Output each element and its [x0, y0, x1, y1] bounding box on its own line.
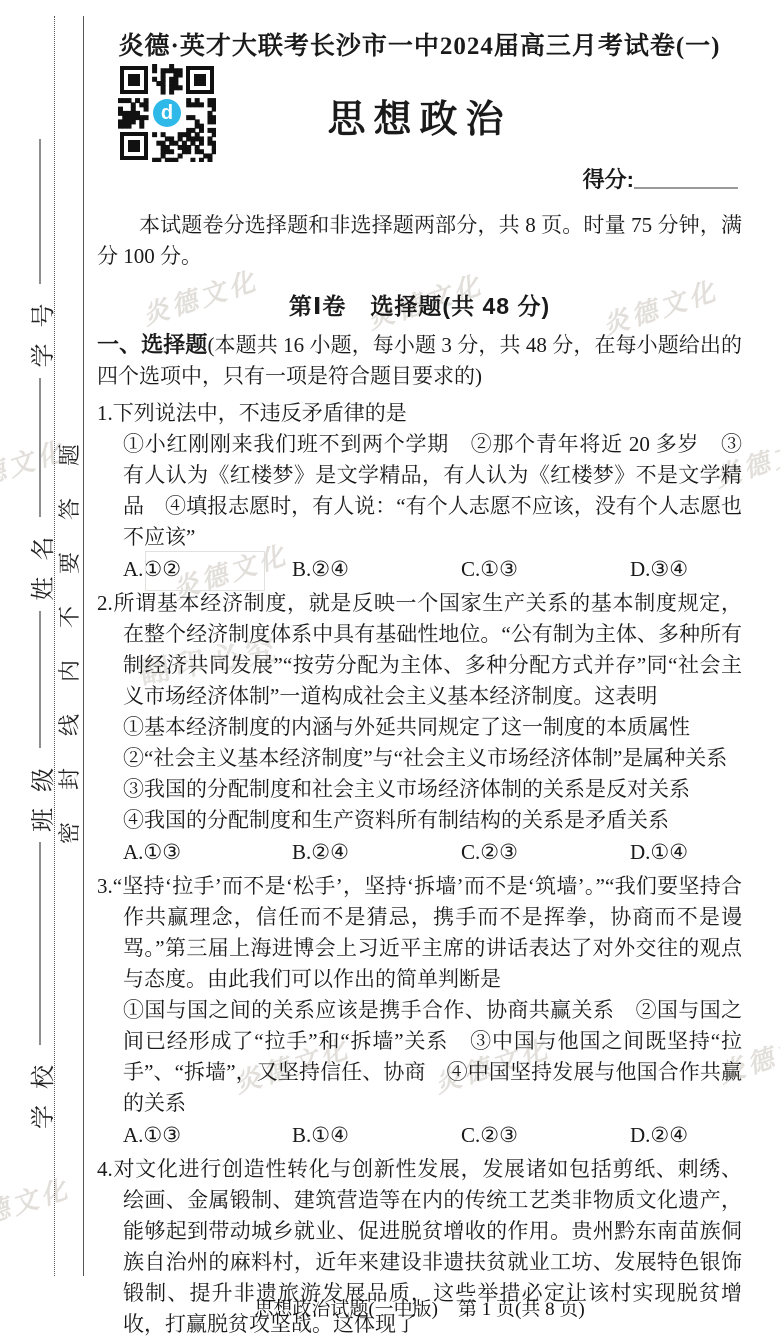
- question-1-choices: ①小红刚刚来我们班不到两个学期 ②那个青年将近 20 多岁 ③有人认为《红楼梦》…: [97, 429, 742, 553]
- question-1-stem-text: 下列说法中，不违反矛盾律的是: [113, 401, 407, 425]
- question-4-number: 4.: [97, 1157, 113, 1181]
- option-label: C.: [461, 557, 480, 581]
- option-3d: D.②④: [630, 1119, 688, 1152]
- question-2-number: 2.: [97, 591, 113, 615]
- option-2b: B.②④: [292, 836, 461, 869]
- question-3: 3.“坚持‘拉手’而不是‘松手’，坚持‘拆墙’而不是‘筑墙’。”“我们要坚持合作…: [97, 871, 742, 1152]
- field-blank-name: [39, 378, 41, 517]
- seal-text: 密封线内不要答题: [53, 403, 83, 853]
- option-value: ①④: [650, 840, 688, 864]
- question-2-item-3: ③我国的分配制度和社会主义市场经济体制的关系是反对关系: [97, 774, 742, 805]
- score-blank: [634, 169, 738, 189]
- question-3-choices: ①国与国之间的关系应该是携手合作、协商共赢关系 ②国与国之间已经形成了“拉手”和…: [97, 995, 742, 1119]
- seal-solid-line: [83, 16, 84, 1276]
- option-2c: C.②③: [461, 836, 630, 869]
- option-label: B.: [292, 1123, 311, 1147]
- watermark: 炎德文化: [0, 1168, 75, 1240]
- option-label: C.: [461, 840, 480, 864]
- option-value: ①④: [311, 1123, 349, 1147]
- score-label: 得分:: [583, 167, 634, 192]
- question-2-stem-text: 所谓基本经济制度，就是反映一个国家生产关系的基本制度规定，在整个经济制度体系中具…: [113, 591, 742, 708]
- question-1-number: 1.: [97, 401, 113, 425]
- option-label: C.: [461, 1123, 480, 1147]
- question-3-number: 3.: [97, 874, 113, 898]
- question-2-stem: 2.所谓基本经济制度，就是反映一个国家生产关系的基本制度规定，在整个经济制度体系…: [97, 588, 742, 712]
- option-1c: C.①③: [461, 553, 630, 586]
- option-value: ①③: [480, 557, 518, 581]
- option-value: ③④: [650, 557, 688, 581]
- qr-logo-letter: d: [153, 99, 181, 127]
- section-instruction: 一、选择题(本题共 16 小题，每小题 3 分，共 48 分，在每小题给出的四个…: [97, 329, 742, 392]
- field-label-school: 学校: [23, 1049, 58, 1135]
- question-2-item-1: ①基本经济制度的内涵与外延共同规定了这一制度的本质属性: [97, 712, 742, 743]
- question-1: 1.下列说法中，不违反矛盾律的是 ①小红刚刚来我们班不到两个学期 ②那个青年将近…: [97, 398, 742, 586]
- student-info-fields: 学校 班级 姓名 学号: [23, 135, 57, 1135]
- option-2a: A.①③: [123, 836, 292, 869]
- option-label: D.: [630, 557, 650, 581]
- question-2-options: A.①③ B.②④ C.②③ D.①④: [97, 836, 742, 869]
- option-value: ②③: [480, 1123, 518, 1147]
- field-blank-school: [39, 842, 41, 1045]
- option-1d: D.③④: [630, 553, 688, 586]
- option-value: ②③: [480, 840, 518, 864]
- option-value: ①③: [143, 1123, 181, 1147]
- option-value: ①③: [143, 840, 181, 864]
- option-2d: D.①④: [630, 836, 688, 869]
- option-value: ①②: [143, 557, 181, 581]
- question-2-item-4: ④我国的分配制度和生产资料所有制结构的关系是矛盾关系: [97, 805, 742, 836]
- question-3-stem: 3.“坚持‘拉手’而不是‘松手’，坚持‘拆墙’而不是‘筑墙’。”“我们要坚持合作…: [97, 871, 742, 995]
- footer-page-info: 第 1 页(共 8 页): [458, 1299, 585, 1320]
- field-label-studentid: 学号: [23, 288, 58, 374]
- option-3a: A.①③: [123, 1119, 292, 1152]
- field-blank-class: [39, 611, 41, 748]
- option-label: A.: [123, 840, 143, 864]
- option-value: ②④: [311, 557, 349, 581]
- option-1a: A.①②: [123, 553, 292, 586]
- instruction-head: 一、选择题: [97, 332, 207, 357]
- footer-doc-name: 思想政治试题(一中版): [254, 1299, 438, 1320]
- field-blank-studentid: [39, 139, 41, 284]
- question-2-item-2: ②“社会主义基本经济制度”与“社会主义市场经济体制”是属种关系: [97, 743, 742, 774]
- option-label: A.: [123, 557, 143, 581]
- question-3-stem-text: “坚持‘拉手’而不是‘松手’，坚持‘拆墙’而不是‘筑墙’。”“我们要坚持合作共赢…: [113, 874, 742, 991]
- option-value: ②④: [650, 1123, 688, 1147]
- option-label: B.: [292, 557, 311, 581]
- section-title: 第Ⅰ卷 选择题(共 48 分): [97, 288, 742, 321]
- option-value: ②④: [311, 840, 349, 864]
- option-label: A.: [123, 1123, 143, 1147]
- question-3-options: A.①③ B.①④ C.②③ D.②④: [97, 1119, 742, 1152]
- question-2: 2.所谓基本经济制度，就是反映一个国家生产关系的基本制度规定，在整个经济制度体系…: [97, 588, 742, 869]
- question-1-stem: 1.下列说法中，不违反矛盾律的是: [97, 398, 742, 429]
- option-3b: B.①④: [292, 1119, 461, 1152]
- main-content: 炎德·英才大联考长沙市一中2024届高三月考试卷(一) 思想政治 得分: 本试题…: [97, 0, 742, 1342]
- field-label-class: 班级: [23, 752, 58, 838]
- field-label-name: 姓名: [23, 521, 58, 607]
- score-field: 得分:: [97, 163, 738, 194]
- option-label: D.: [630, 840, 650, 864]
- page-footer: 思想政治试题(一中版)第 1 页(共 8 页): [97, 1294, 742, 1321]
- exam-intro: 本试题卷分选择题和非选择题两部分，共 8 页。时量 75 分钟，满分 100 分…: [97, 210, 742, 272]
- exam-page: 炎德文化 炎德文化 炎德文化 炎德文化 炎德文化 炎德文化 翻印必究 炎德文化 …: [0, 0, 780, 1344]
- option-label: D.: [630, 1123, 650, 1147]
- qr-center-logo: d: [150, 96, 184, 130]
- qr-code: d: [118, 64, 216, 162]
- exam-title: 炎德·英才大联考长沙市一中2024届高三月考试卷(一): [97, 26, 742, 62]
- option-3c: C.②③: [461, 1119, 630, 1152]
- option-label: B.: [292, 840, 311, 864]
- question-1-options: A.①② B.②④ C.①③ D.③④: [97, 553, 742, 586]
- option-1b: B.②④: [292, 553, 461, 586]
